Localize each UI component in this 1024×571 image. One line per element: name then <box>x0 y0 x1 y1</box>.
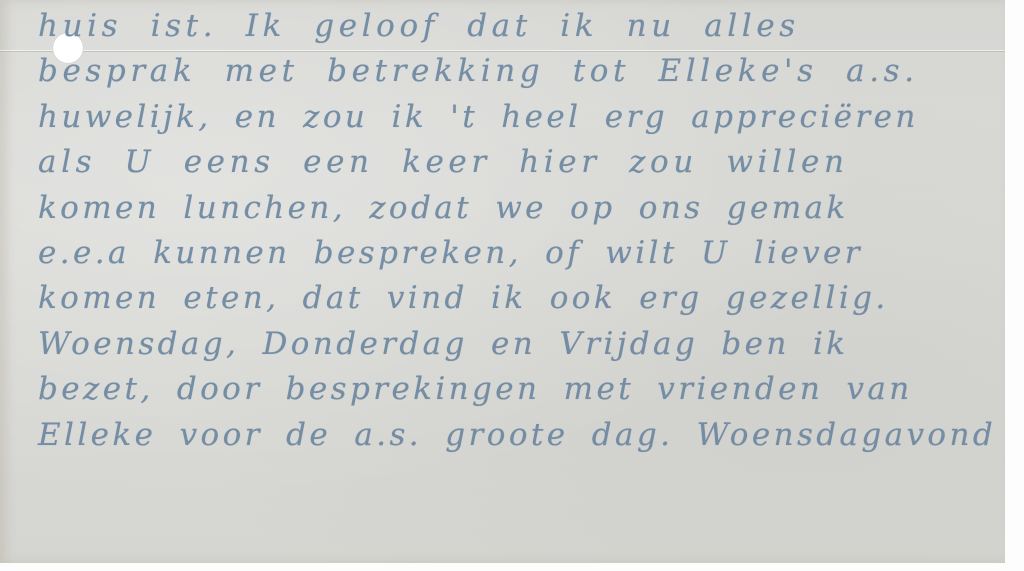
text-line-5: komen lunchen, zodat we op ons gemak <box>38 186 1013 231</box>
scanned-letter: huis ist. Ik geloof dat ik nu alles besp… <box>0 0 1024 571</box>
paper-sheet: huis ist. Ik geloof dat ik nu alles besp… <box>0 0 1005 563</box>
text-line-10: Elleke voor de a.s. groote dag. Woensdag… <box>38 413 1013 458</box>
text-line-6: e.e.a kunnen bespreken, of wilt U liever <box>38 231 1013 276</box>
text-line-9: bezet, door besprekingen met vrienden va… <box>38 367 1013 412</box>
text-line-1: huis ist. Ik geloof dat ik nu alles <box>38 4 1013 49</box>
text-line-4: als U eens een keer hier zou willen <box>38 140 1013 185</box>
handwritten-text: huis ist. Ik geloof dat ik nu alles besp… <box>38 4 1013 458</box>
text-line-2: besprak met betrekking tot Elleke's a.s. <box>38 49 1013 94</box>
text-line-3: huwelijk, en zou ik 't heel erg apprecië… <box>38 95 1013 140</box>
text-line-7: komen eten, dat vind ik ook erg gezellig… <box>38 276 1013 321</box>
text-line-8: Woensdag, Donderdag en Vrijdag ben ik <box>38 322 1013 367</box>
